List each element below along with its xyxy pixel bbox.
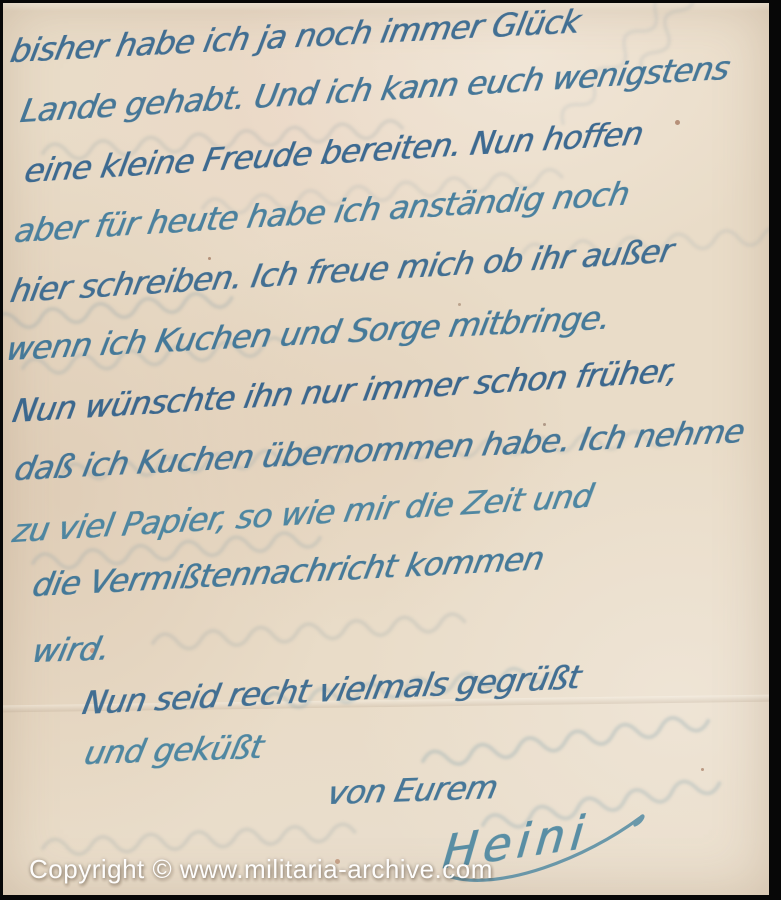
handwriting-line-13: und geküßt bbox=[81, 728, 267, 773]
handwriting-layer: bisher habe ich ja noch immer Glück Land… bbox=[3, 3, 769, 895]
handwriting-line-11: wird. bbox=[29, 629, 113, 670]
handwriting-line-7: Nun wünschte ihn nur immer schon früher, bbox=[9, 351, 681, 430]
handwriting-line-9: zu viel Papier, so wie mir die Zeit und bbox=[9, 476, 596, 550]
handwriting-line-10: die Vermißtennachricht kommen bbox=[29, 539, 547, 604]
letter-scan: bisher habe ich ja noch immer Glück Land… bbox=[0, 0, 781, 900]
watermark-copyright: Copyright © www.militaria-archive.com bbox=[29, 854, 493, 885]
handwriting-line-6: wenn ich Kuchen und Sorge mitbringe. bbox=[3, 298, 613, 368]
paper-sheet: bisher habe ich ja noch immer Glück Land… bbox=[3, 3, 769, 895]
handwriting-line-1: bisher habe ich ja noch immer Glück bbox=[7, 3, 583, 70]
handwriting-line-12: Nun seid recht vielmals gegrüßt bbox=[79, 658, 584, 722]
handwriting-line-14: von Eurem bbox=[324, 768, 501, 812]
